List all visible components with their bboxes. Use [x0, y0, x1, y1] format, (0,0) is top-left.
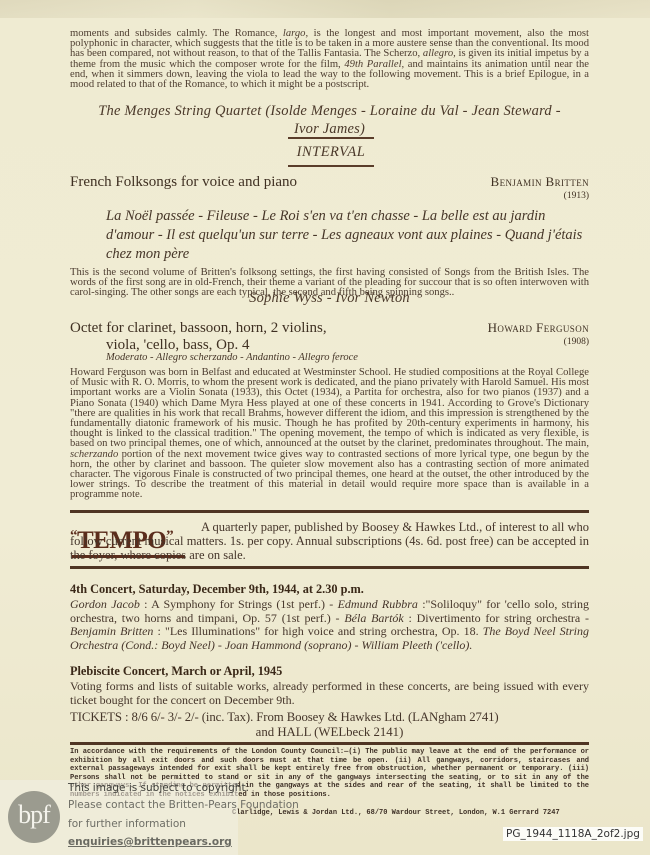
ticket-info: TICKETS : 8/6 6/- 3/- 2/- (inc. Tax). Fr… — [70, 710, 589, 740]
performers-line-2: Ivor James) — [70, 120, 589, 138]
octet-composer: Howard Ferguson (1908) — [488, 320, 589, 347]
interval-rule-bottom — [288, 165, 374, 167]
folksongs-performers: Sophie Wyss - Ivor Newton — [70, 290, 589, 307]
ticket-prices: TICKETS : 8/6 6/- 3/- 2/- (inc. Tax). Fr… — [70, 710, 589, 725]
programme-page: moments and subsides calmly. The Romance… — [0, 0, 650, 855]
performers-line-1: The Menges String Quartet (Isolde Menges… — [70, 102, 589, 120]
interval-label: INTERVAL — [288, 144, 374, 161]
image-filename-label: PG_1944_1118A_2of2.jpg — [503, 827, 643, 841]
composer-name: Howard Ferguson — [488, 320, 589, 335]
folksongs-heading: French Folksongs for voice and piano Ben… — [70, 174, 589, 204]
paper-fold-shadow — [0, 0, 650, 18]
plebiscite-heading: Plebiscite Concert, March or April, 1945 — [70, 664, 589, 679]
enquiries-email-link[interactable]: enquiries@brittenpears.org — [68, 836, 232, 848]
composer-year: (1913) — [491, 191, 589, 201]
copyright-notice: This image is subject to copyright. — [68, 782, 249, 794]
folksongs-composer: Benjamin Britten (1913) — [491, 174, 589, 201]
tempo-ad-text: A quarterly paper, published by Boosey &… — [70, 520, 589, 562]
bpf-logo: bpf — [8, 791, 60, 843]
octet-heading: Octet for clarinet, bassoon, horn, 2 vio… — [70, 320, 589, 354]
contact-line-1: Please contact the Britten-Pears Foundat… — [68, 799, 299, 811]
next-concert-programme: Gordon Jacob : A Symphony for Strings (1… — [70, 598, 589, 652]
plebiscite-text: Voting forms and lists of suitable works… — [70, 680, 589, 707]
ticket-hall: and HALL (WELbeck 2141) — [70, 725, 589, 740]
next-concert-heading: 4th Concert, Saturday, December 9th, 194… — [70, 582, 589, 597]
composer-year: (1908) — [488, 337, 589, 347]
folksong-titles: La Noël passée - Fileuse - Le Roi s'en v… — [106, 207, 589, 264]
interval-divider: INTERVAL — [288, 137, 374, 167]
section-rule — [70, 742, 589, 745]
section-rule — [70, 510, 589, 513]
interval-rule-top — [288, 137, 374, 139]
octet-movements: Moderato - Allegro scherzando - Andantin… — [106, 352, 358, 363]
quartet-programme-note: moments and subsides calmly. The Romance… — [70, 29, 589, 90]
quartet-performers: The Menges String Quartet (Isolde Menges… — [70, 102, 589, 138]
composer-name: Benjamin Britten — [491, 174, 589, 189]
section-rule — [70, 566, 589, 569]
octet-programme-note: Howard Ferguson was born in Belfast and … — [70, 368, 589, 501]
contact-line-2: for further information — [68, 818, 186, 830]
